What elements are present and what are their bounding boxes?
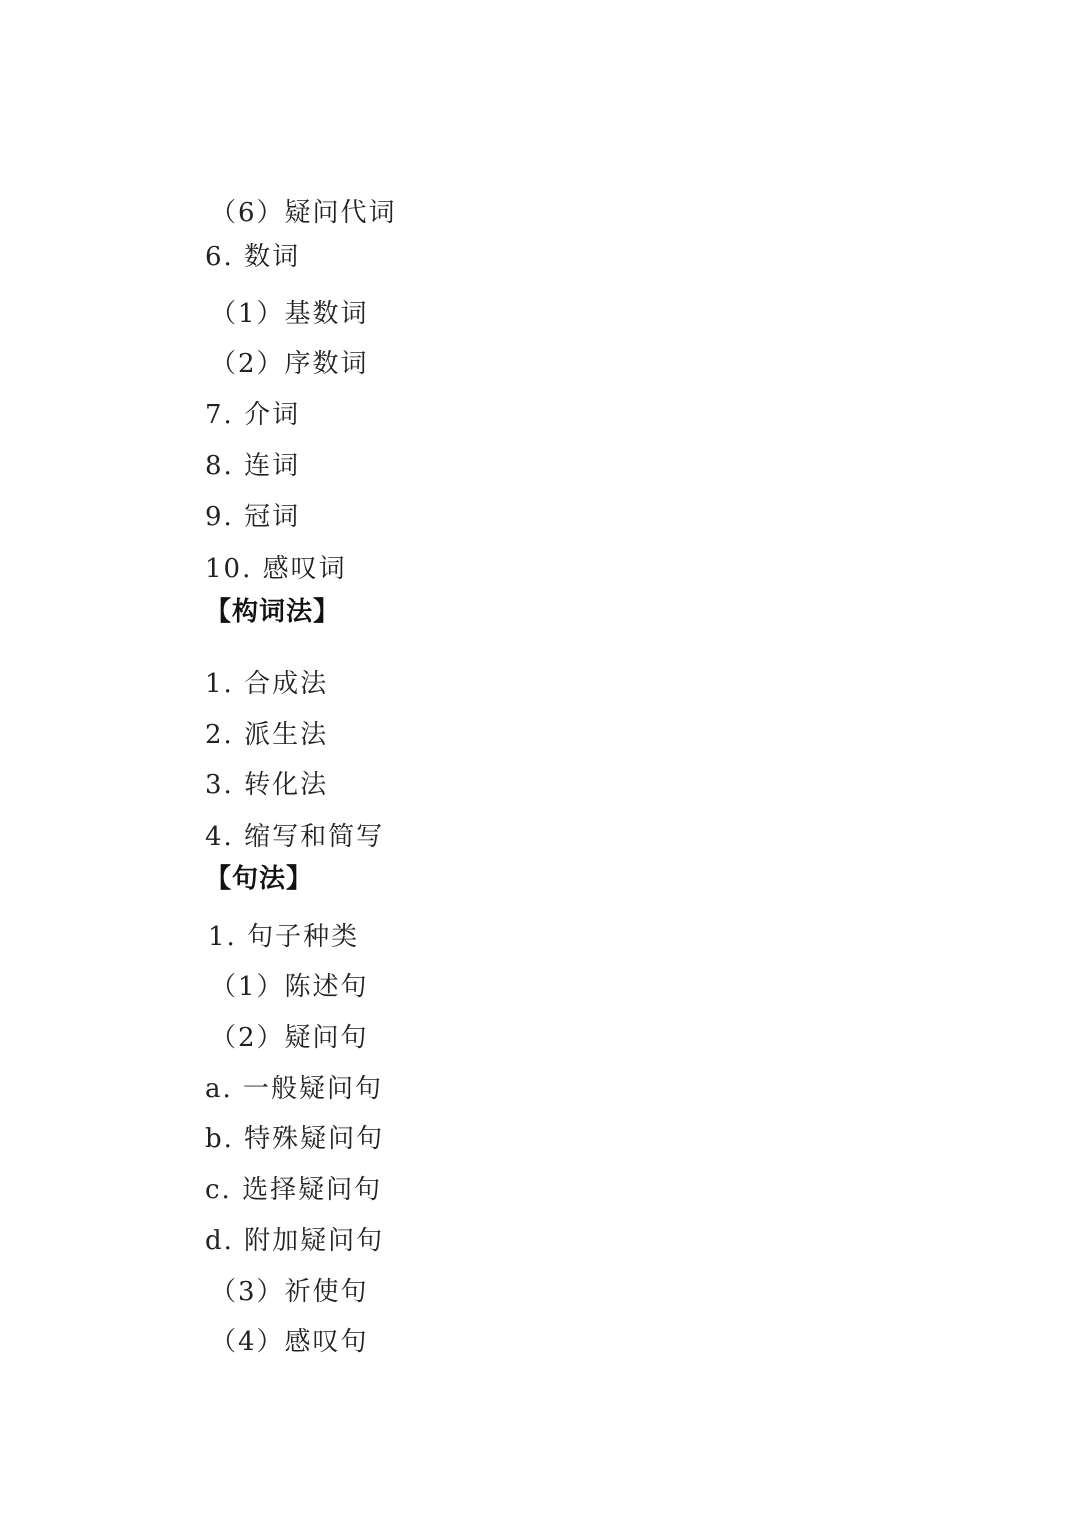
item-compounding: 1. 合成法 (205, 668, 328, 700)
section-heading-syntax: 【句法】 (205, 863, 313, 895)
subitem-imperative: （3）祈使句 (210, 1276, 369, 1308)
item-prepositions: 7. 介词 (205, 399, 300, 431)
letter-item-special-question: b. 特殊疑问句 (205, 1123, 384, 1155)
item-conjunctions: 8. 连词 (205, 450, 300, 482)
letter-item-tag-question: d. 附加疑问句 (205, 1225, 384, 1257)
letter-item-alternative-question: c. 选择疑问句 (205, 1174, 382, 1206)
item-conversion: 3. 转化法 (205, 769, 328, 801)
subitem-declarative: （1）陈述句 (210, 971, 369, 1003)
item-articles: 9. 冠词 (205, 501, 300, 533)
subitem-interrogative: （2）疑问句 (210, 1022, 369, 1054)
item-abbreviation: 4. 缩写和简写 (205, 821, 384, 853)
document-page: （6）疑问代词 6. 数词 （1）基数词 （2）序数词 7. 介词 8. 连词 … (0, 0, 1080, 1527)
subitem-interrogative-pronouns: （6）疑问代词 (210, 197, 397, 229)
subitem-exclamatory: （4）感叹句 (210, 1326, 369, 1358)
subitem-cardinal-numbers: （1）基数词 (210, 298, 369, 330)
item-sentence-types: 1. 句子种类 (208, 921, 359, 953)
item-numerals: 6. 数词 (205, 241, 300, 273)
letter-item-general-question: a. 一般疑问句 (205, 1073, 383, 1105)
section-heading-word-formation: 【构词法】 (205, 596, 340, 628)
item-derivation: 2. 派生法 (205, 719, 328, 751)
item-interjections: 10. 感叹词 (205, 553, 347, 585)
subitem-ordinal-numbers: （2）序数词 (210, 348, 369, 380)
